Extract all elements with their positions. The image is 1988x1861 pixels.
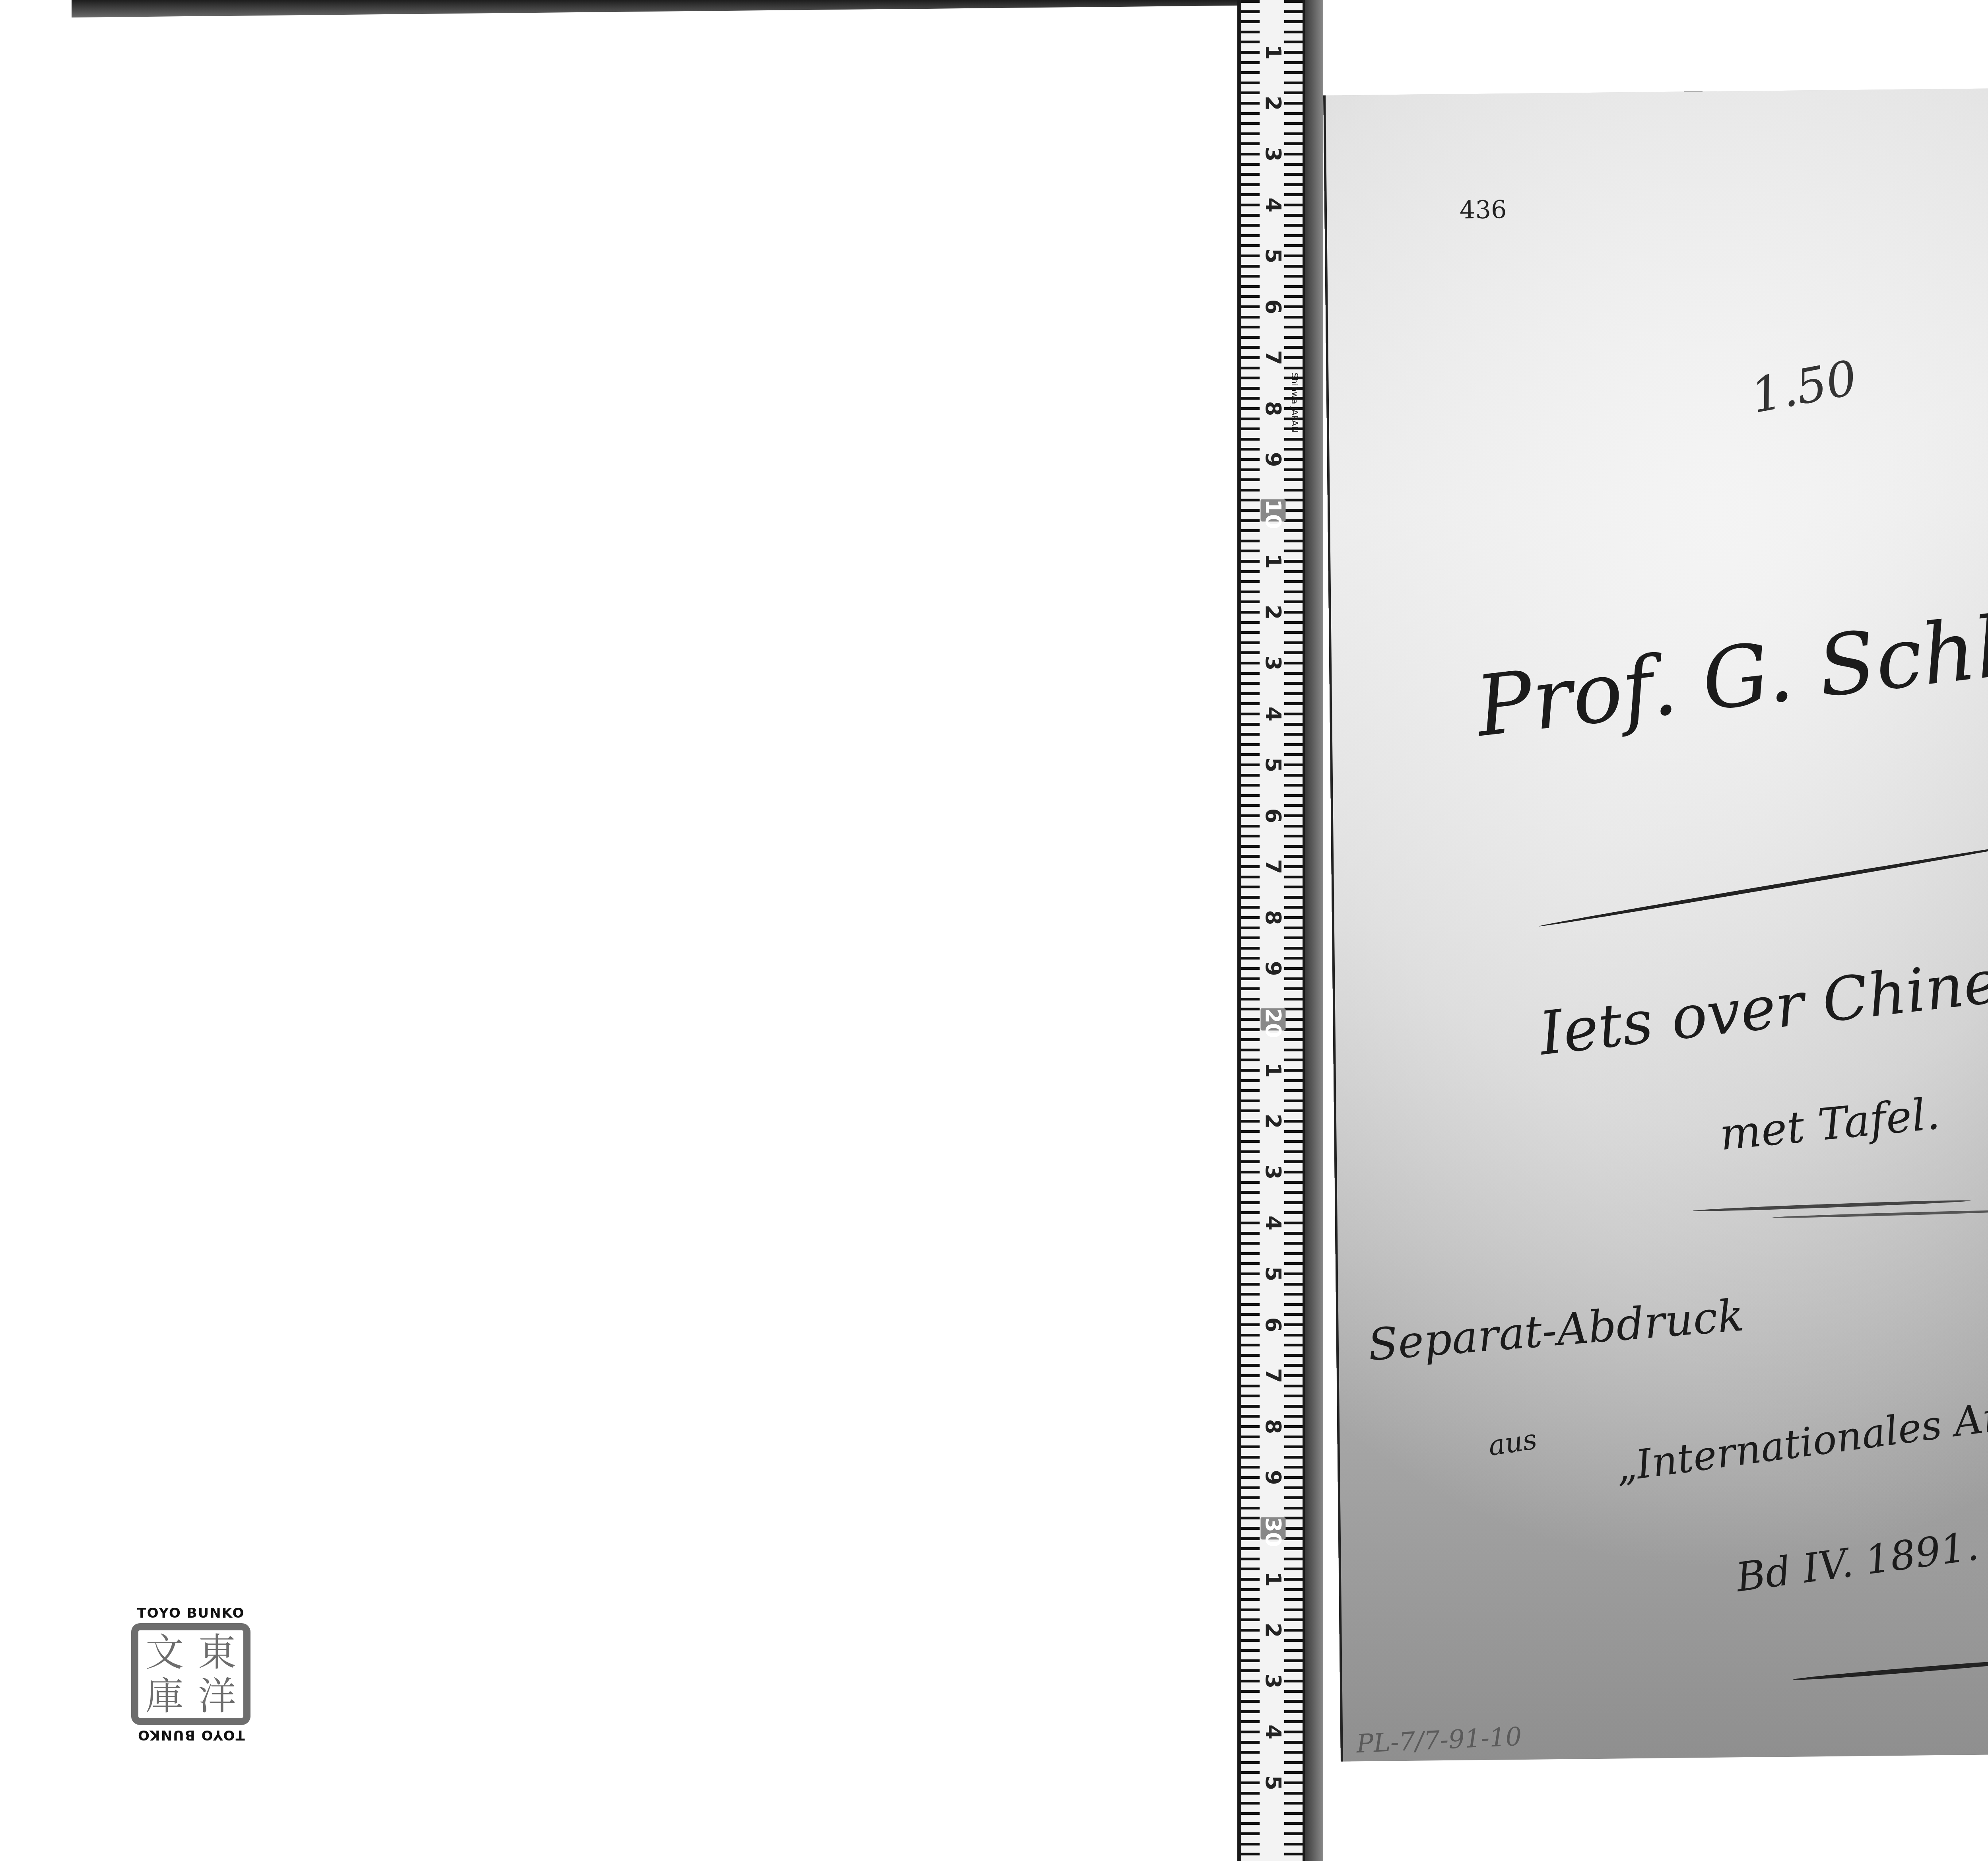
separator-rule <box>1693 1199 1971 1213</box>
ruler-ticks-right <box>1284 0 1303 1861</box>
price-note: 1.50 <box>1747 350 1861 424</box>
ruler-number: 4 <box>1261 703 1286 725</box>
stamp-bottom-text: TOYO BUNKO <box>137 1728 245 1742</box>
scan-margin <box>1323 1766 1988 1861</box>
ruler-number: 6 <box>1261 805 1286 827</box>
closing-rule <box>1793 1657 1988 1682</box>
author-name: Prof. G. Schlegel <box>1471 577 1988 756</box>
ruler-number: 1 <box>1261 550 1286 573</box>
ruler-number: 7 <box>1261 1365 1286 1387</box>
page-number: 436 <box>1460 195 1507 224</box>
ruler-number: 2 <box>1261 1619 1286 1641</box>
ruler-number: 2 <box>1261 601 1286 624</box>
ruler-ticks-left <box>1241 0 1260 1861</box>
ruler-number: 5 <box>1261 754 1286 776</box>
ruler-number: 3 <box>1261 143 1286 165</box>
ruler-number: 6 <box>1261 1314 1286 1336</box>
toyo-bunko-stamp-left: TOYO BUNKO 文 東 庫 洋 TOYO BUNKO <box>123 1607 258 1742</box>
ruler-number: 2 <box>1261 92 1286 115</box>
ruler-number: 7 <box>1261 347 1286 369</box>
ruler-number: 8 <box>1261 1416 1286 1438</box>
ruler-number: 5 <box>1261 245 1286 267</box>
ruler-number: 3 <box>1261 652 1286 674</box>
from-label: aus <box>1486 1423 1539 1462</box>
ruler-number: 4 <box>1261 1721 1286 1743</box>
ruler-number: 2 <box>1261 1110 1286 1133</box>
stamp-top-text: TOYO BUNKO <box>137 1607 245 1620</box>
volume-year: Bd IV. 1891. <box>1733 1523 1981 1601</box>
ruler-number: 9 <box>1261 449 1286 471</box>
document-subtitle: met Tafel. <box>1717 1088 1942 1160</box>
blank-left-page <box>0 0 1248 1861</box>
ruler-number: 8 <box>1261 398 1286 420</box>
ruler-number: 9 <box>1261 958 1286 980</box>
call-number: PL-7/7-91-10 <box>1356 1722 1522 1759</box>
seal-icon: 文 東 庫 洋 <box>131 1623 250 1725</box>
underline-rule <box>1538 843 1988 928</box>
ruler-number: 4 <box>1261 1212 1286 1234</box>
ruler-number: 3 <box>1261 1161 1286 1183</box>
seal-char: 東 <box>198 1633 236 1671</box>
seal-char: 文 <box>146 1633 184 1671</box>
separator-rule <box>1773 1209 1988 1219</box>
book-gutter-shadow <box>1305 0 1323 1861</box>
document-cover: 436 1.50 Prof. G. Schlegel Iets over Chi… <box>1323 82 1988 1761</box>
ruler-number: 1 <box>1261 41 1286 64</box>
ruler-number: 1 <box>1261 1059 1286 1082</box>
ruler-number: 7 <box>1261 856 1286 878</box>
ruler-number: 3 <box>1261 1670 1286 1692</box>
ruler-number: 9 <box>1261 1467 1286 1489</box>
ruler-number: 5 <box>1261 1772 1286 1794</box>
seal-char: 洋 <box>198 1677 236 1715</box>
ruler-number: 6 <box>1261 296 1286 318</box>
ruler-number: 30 <box>1261 1517 1286 1540</box>
ruler-number: 4 <box>1261 194 1286 216</box>
ruler-number: 8 <box>1261 907 1286 929</box>
journal-name: „Internationales Archiv für Ethnographie… <box>1613 1332 1988 1491</box>
offprint-label: Separat-Abdruck <box>1366 1290 1746 1371</box>
ruler-number: 20 <box>1261 1008 1286 1031</box>
measuring-ruler: 12345678910123456789201234567893012345 S… <box>1237 0 1305 1861</box>
ruler-brand: Shinwa JAPAN <box>1289 373 1299 433</box>
ruler-number: 5 <box>1261 1263 1286 1285</box>
seal-char: 庫 <box>146 1677 184 1715</box>
ruler-number: 1 <box>1261 1568 1286 1591</box>
ruler-number: 10 <box>1261 499 1286 522</box>
